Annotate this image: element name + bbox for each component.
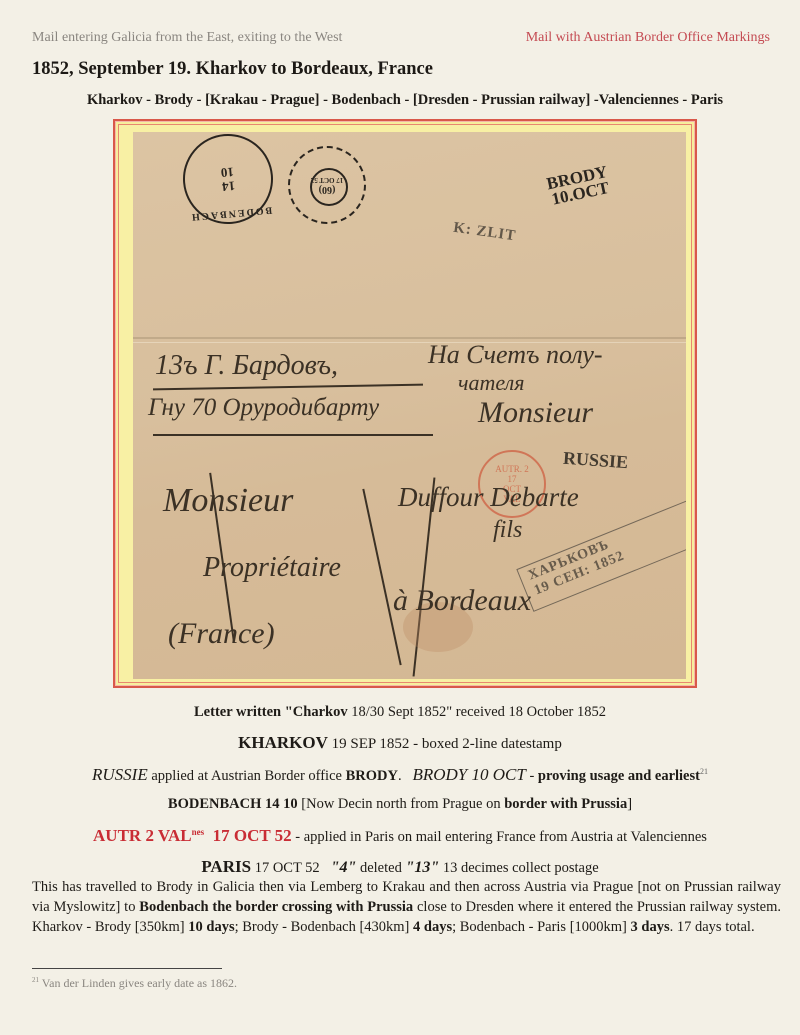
caption-italic: BRODY 10 OCT [412,765,525,784]
para-text: ; Bodenbach - Paris [1000km] [452,919,630,935]
para-bold: 3 days [631,919,670,935]
caption-text: applied at Austrian Border office [148,768,346,784]
caption-italic: "4" [331,859,357,876]
footnote-ref[interactable]: 21 [700,767,708,776]
handwriting-line: На Счетъ полу- [428,340,603,370]
cover-image: BODENBACH 14 10 (60) 17 OCT 52 BRODY 10.… [133,132,686,679]
paris-ring-text: (60) [311,183,344,194]
bodenbach-date-bottom: 10 [220,165,234,180]
handwriting-line: fils [493,517,522,544]
caption-italic: "13" [405,859,439,876]
footnote-divider [32,968,222,969]
autr-line1: AUTR. 2 [495,464,529,474]
bodenbach-ring-text: BODENBACH [188,204,275,222]
bodenbach-date-top: 14 [222,178,236,193]
handwriting-line: (France) [168,617,275,651]
caption-text: . [398,768,413,784]
brody-handstamp: BRODY 10.OCT [545,164,612,208]
handwriting-line: 13ъ Г. Бардовъ, [155,350,338,382]
caption-red: 17 OCT 52 [204,826,292,845]
handwriting-line: Monsieur [163,482,293,520]
rate-stroke [362,489,401,665]
caption-red: AUTR 2 VAL [93,826,192,845]
para-bold: 10 days [188,919,234,935]
caption-letter-written: Letter written "Charkov 18/30 Sept 1852"… [0,704,800,721]
caption-text: - [526,768,538,784]
fold-highlight [133,342,686,343]
handwriting-line: Гну 70 Оруродибарту [148,394,379,422]
caption-kharkov: KHARKOV 19 SEP 1852 - boxed 2-line dates… [0,733,800,753]
caption-italic: RUSSIE [92,765,148,784]
paris-center-text: 17 OCT 52 [311,176,344,183]
handwriting-line: Propriétaire [203,552,341,584]
footnote-number: 21 [32,976,39,984]
handwriting-line: Monsieur [478,396,593,430]
header-right-text: Mail with Austrian Border Office Marking… [526,30,770,46]
header-left-text: Mail entering Galicia from the East, exi… [32,30,342,46]
caption-text: 17 OCT 52 [251,860,331,876]
caption-russie: RUSSIE applied at Austrian Border office… [0,765,800,785]
para-bold: 4 days [413,919,452,935]
caption-text: - applied in Paris on mail entering Fran… [292,829,707,845]
caption-bold: border with Prussia [504,796,627,812]
para-text: . 17 days total. [670,919,755,935]
caption-bold: Letter written "Charkov [194,704,348,720]
caption-paris: PARIS 17 OCT 52 "4" deleted "13" 13 deci… [0,857,800,877]
bodenbach-date: 14 10 [220,165,235,193]
caption-text: 18/30 Sept 1852" received 18 October 185… [348,704,606,720]
caption-red-sup: nes [192,827,205,837]
fold-line [133,337,686,339]
para-text: ; Brody - Bodenbach [430km] [235,919,413,935]
underline [153,434,433,436]
paris-postmark: (60) 17 OCT 52 [288,146,366,224]
caption-bodenbach: BODENBACH 14 10 [Now Decin north from Pr… [0,796,800,813]
paris-postmark-text: (60) 17 OCT 52 [311,176,344,194]
caption-autr: AUTR 2 VALnes 17 OCT 52 - applied in Par… [0,826,800,846]
underline [153,384,423,391]
description-paragraph: This has travelled to Brody in Galicia t… [32,877,781,937]
caption-text: deleted [356,860,405,876]
page-title: 1852, September 19. Kharkov to Bordeaux,… [32,59,433,80]
caption-text: 13 decimes collect postage [439,860,598,876]
para-bold: Bodenbach the border crossing with Pruss… [139,899,413,915]
caption-text: ] [627,796,632,812]
caption-bold: BODENBACH 14 10 [168,796,298,812]
caption-bold: PARIS [201,857,251,876]
footnote-text: Van der Linden gives early date as 1862. [39,976,237,990]
kharkov-boxed-datestamp: ХАРЬКОВЪ 19 СЕН: 1852 [516,498,686,612]
handwriting-line: чателя [458,370,524,396]
russie-handstamp: RUSSIE [562,448,628,473]
cover-frame: BODENBACH 14 10 (60) 17 OCT 52 BRODY 10.… [113,119,697,688]
caption-text: [Now Decin north from Prague on [298,796,505,812]
caption-bold: proving usage and earliest [538,768,700,784]
route-text: Kharkov - Brody - [Krakau - Prague] - Bo… [87,92,723,108]
caption-text: 19 SEP 1852 - boxed 2-line datestamp [328,736,562,752]
handwriting-line: Duffour Debarte [398,482,579,513]
footnote: 21 Van der Linden gives early date as 18… [32,976,237,991]
caption-bold: BRODY [346,768,398,784]
caption-bold: KHARKOV [238,733,328,752]
bodenbach-postmark: BODENBACH 14 10 [179,132,277,228]
smudged-handstamp: K: ZLIT [452,220,517,246]
handwriting-line: à Bordeaux [393,584,531,618]
frame-inner-border: BODENBACH 14 10 (60) 17 OCT 52 BRODY 10.… [118,124,692,683]
route-line: Kharkov - Brody - [Krakau - Prague] - Bo… [0,92,800,109]
